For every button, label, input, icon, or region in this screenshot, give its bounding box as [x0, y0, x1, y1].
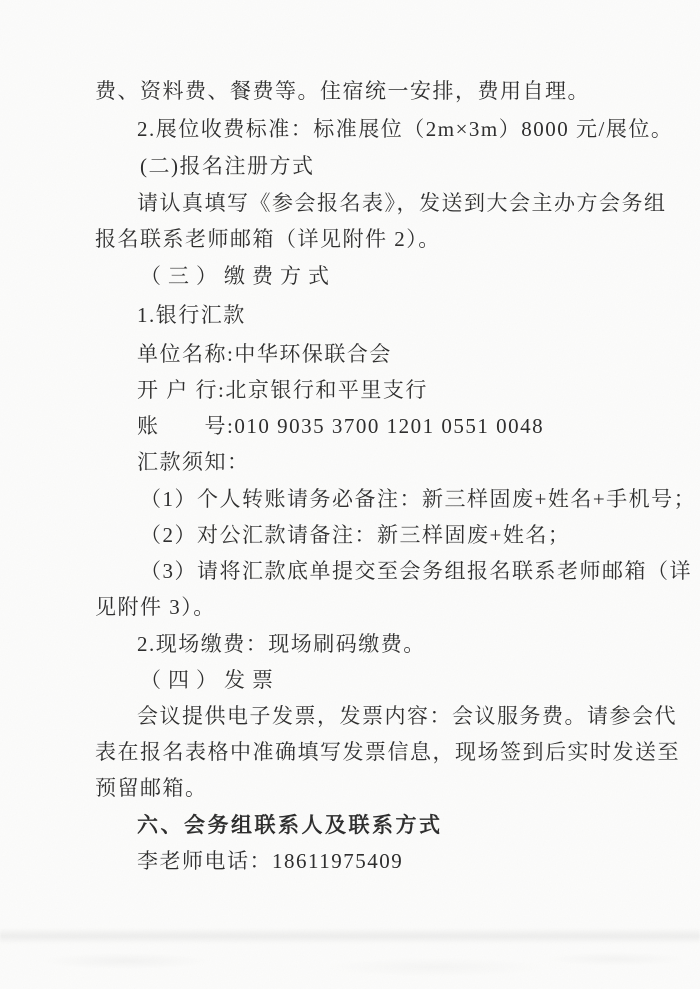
line-bank-transfer: 1.银行汇款	[137, 302, 246, 328]
line-invoice-info-1: 会议提供电子发票，发票内容：会议服务费。请参会代	[137, 703, 677, 729]
line-booth-fee-standard: 2.展位收费标准：标准展位（2m×3m）8000 元/展位。	[137, 116, 673, 142]
line-see-attachment-3: 见附件 3）。	[95, 594, 216, 620]
line-invoice-info-3: 预留邮箱。	[95, 775, 208, 801]
scan-artifact-band	[0, 928, 700, 944]
line-note-personal-transfer: （1）个人转账请务必备注：新三样固废+姓名+手机号；	[140, 486, 696, 512]
scan-artifact-smudge	[0, 945, 700, 985]
heading-contact-section: 六、会务组联系人及联系方式	[137, 812, 443, 838]
heading-payment-method: （三）缴费方式	[140, 263, 336, 289]
line-fees-continuation: 费、资料费、餐费等。住宿统一安排，费用自理。	[95, 78, 590, 104]
heading-registration-method: (二)报名注册方式	[140, 153, 315, 179]
line-invoice-info-2: 表在报名表格中准确填写发票信息，现场签到后实时发送至	[95, 739, 680, 765]
line-fill-registration-form: 请认真填写《参会报名表》，发送到大会主办方会务组	[137, 190, 667, 216]
line-registration-email-wrap: 报名联系老师邮箱（详见附件 2）。	[95, 226, 441, 252]
line-note-submit-receipt: （3）请将汇款底单提交至会务组报名联系老师邮箱（详	[140, 558, 692, 584]
line-account-number: 账 号:010 9035 3700 1201 0551 0048	[137, 413, 544, 439]
line-contact-phone: 李老师电话：18611975409	[137, 848, 403, 874]
line-bank-branch: 开 户 行:北京银行和平里支行	[137, 377, 428, 403]
scanned-document-page: 费、资料费、餐费等。住宿统一安排，费用自理。 2.展位收费标准：标准展位（2m×…	[0, 0, 700, 989]
line-account-name: 单位名称:中华环保联合会	[137, 341, 392, 367]
line-remittance-notes-title: 汇款须知：	[137, 449, 250, 475]
heading-invoice: （四）发票	[140, 667, 280, 693]
line-note-corporate-transfer: （2）对公汇款请备注：新三样固废+姓名；	[140, 522, 570, 548]
line-onsite-payment: 2.现场缴费：现场刷码缴费。	[137, 631, 426, 657]
